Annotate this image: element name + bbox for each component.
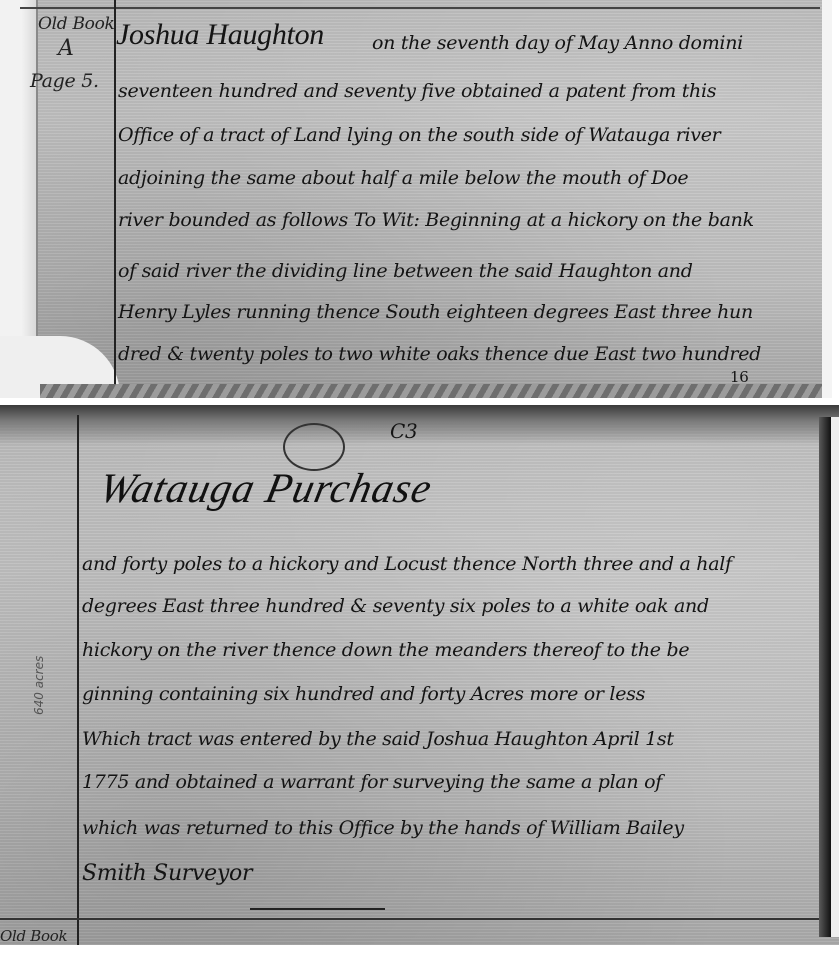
text-line-1: and forty poles to a hickory and Locust … (82, 553, 732, 575)
text-line-1: on the seventh day of May Anno domini (372, 32, 743, 54)
text-line-5: Which tract was entered by the said Josh… (82, 728, 674, 750)
surveyor-signature: Smith Surveyor (82, 861, 252, 886)
text-line-3: Office of a tract of Land lying on the s… (118, 124, 720, 146)
page-right-edge (819, 417, 839, 937)
top-page-scan: Old Book A Page 5. Joshua Haughton on th… (0, 0, 832, 398)
text-line-7: which was returned to this Office by the… (82, 817, 684, 839)
signature-underline (250, 908, 385, 910)
bottom-page-scan: C3 Watauga Purchase 640 acres and forty … (0, 405, 839, 957)
grantee-name-heading: Joshua Haughton (116, 18, 324, 52)
text-line-4: adjoining the same about half a mile bel… (118, 167, 688, 189)
footer-margin-note: Old Book (0, 927, 67, 945)
text-line-6: of said river the dividing line between … (118, 260, 693, 282)
header-flourish-loop (283, 423, 345, 471)
text-line-6: 1775 and obtained a warrant for surveyin… (82, 771, 662, 793)
margin-note-page: Page 5. (30, 70, 99, 92)
top-ruled-line (20, 7, 820, 9)
margin-pencil-note: 640 acres (32, 656, 46, 715)
text-line-3: hickory on the river thence down the mea… (82, 639, 689, 661)
folio-number: 16 (730, 368, 749, 386)
page-bottom-edge (40, 384, 832, 398)
text-line-5: river bounded as follows To Wit: Beginni… (118, 209, 754, 231)
page-top-shadow (0, 405, 839, 445)
margin-ruled-line (114, 0, 116, 385)
text-line-7: Henry Lyles running thence South eightee… (118, 301, 753, 323)
text-line-8: dred & twenty poles to two white oaks th… (118, 343, 761, 365)
bottom-ruled-line (0, 918, 819, 920)
margin-ruled-line (77, 415, 79, 945)
header-flourish-mark: C3 (390, 419, 417, 443)
margin-note-book: Old Book (38, 14, 115, 34)
text-line-2: degrees East three hundred & seventy six… (82, 595, 709, 617)
scan-right-border (822, 0, 832, 398)
margin-note-volume: A (58, 36, 74, 61)
scan-bottom-border (0, 945, 839, 957)
text-line-2: seventeen hundred and seventy five obtai… (118, 80, 716, 102)
section-title: Watauga Purchase (95, 465, 437, 513)
text-line-4: ginning containing six hundred and forty… (82, 683, 645, 705)
